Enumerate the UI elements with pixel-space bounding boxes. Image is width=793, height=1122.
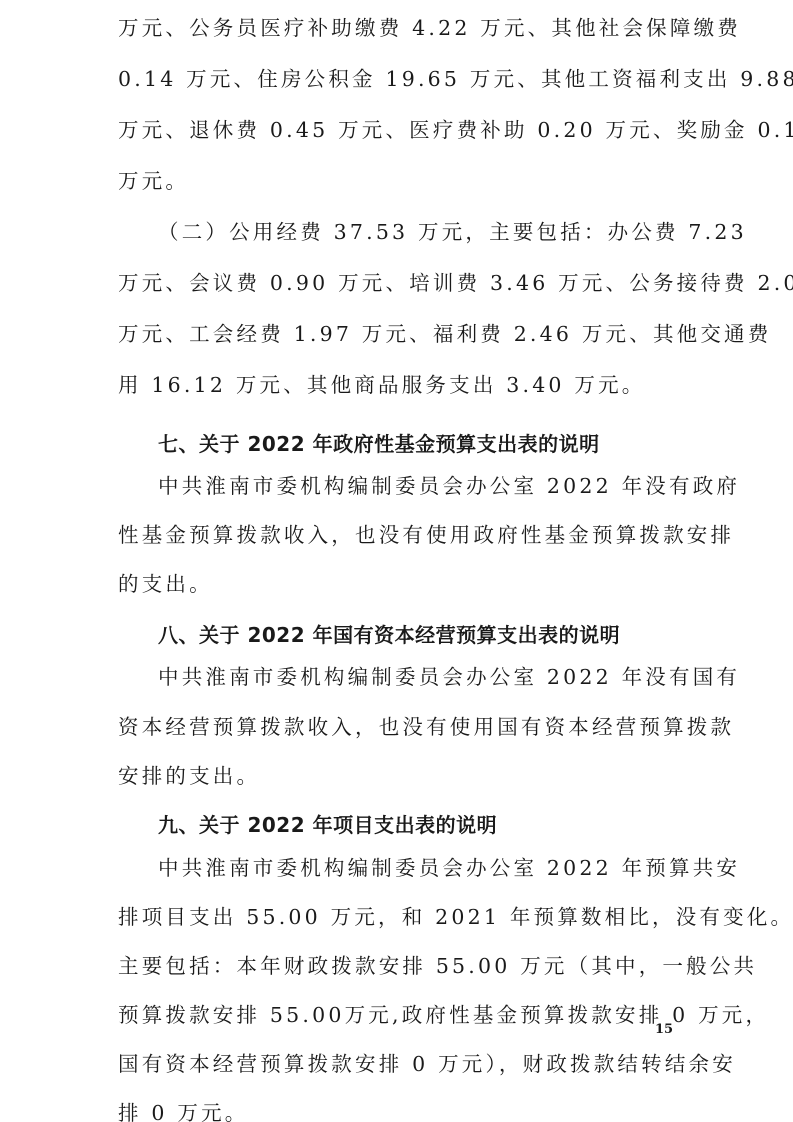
text-line: 中共淮南市委机构编制委员会办公室 2022 年没有政府 xyxy=(158,472,718,500)
text-line: 万元、工会经费 1.97 万元、福利费 2.46 万元、其他交通费 xyxy=(118,320,678,348)
text-line: 排项目支出 55.00 万元，和 2021 年预算数相比，没有变化。 xyxy=(118,903,678,931)
text-line: 资本经营预算拨款收入，也没有使用国有资本经营预算拨款 xyxy=(118,713,678,741)
text-line: 安排的支出。 xyxy=(118,762,678,790)
text-line: 性基金预算拨款收入，也没有使用政府性基金预算拨款安排 xyxy=(118,521,678,549)
text-line: 用 16.12 万元、其他商品服务支出 3.40 万元。 xyxy=(118,371,678,399)
text-line: 万元、会议费 0.90 万元、培训费 3.46 万元、公务接待费 2.00 xyxy=(118,269,678,297)
text-line: 万元、公务员医疗补助缴费 4.22 万元、其他社会保障缴费 xyxy=(118,14,678,42)
text-line: 国有资本经营预算拨款安排 0 万元），财政拨款结转结余安 xyxy=(118,1050,678,1078)
text-line: 0.14 万元、住房公积金 19.65 万元、其他工资福利支出 9.88 xyxy=(118,65,678,93)
section-heading: 七、关于 2022 年政府性基金预算支出表的说明 xyxy=(158,430,718,458)
text-line: 排 0 万元。 xyxy=(118,1099,678,1122)
text-line: 万元、退休费 0.45 万元、医疗费补助 0.20 万元、奖励金 0.16 xyxy=(118,116,678,144)
text-line: （二）公用经费 37.53 万元，主要包括：办公费 7.23 xyxy=(158,218,718,246)
text-line: 预算拨款安排 55.00万元,政府性基金预算拨款安排 0 万元， xyxy=(118,1001,678,1029)
section-heading: 八、关于 2022 年国有资本经营预算支出表的说明 xyxy=(158,621,718,649)
text-line: 万元。 xyxy=(118,167,678,195)
section-heading: 九、关于 2022 年项目支出表的说明 xyxy=(158,811,718,839)
text-line: 中共淮南市委机构编制委员会办公室 2022 年预算共安 xyxy=(158,854,718,882)
document-page: 万元、公务员医疗补助缴费 4.22 万元、其他社会保障缴费0.14 万元、住房公… xyxy=(0,0,793,1122)
text-line: 主要包括：本年财政拨款安排 55.00 万元（其中，一般公共 xyxy=(118,952,678,980)
text-line: 中共淮南市委机构编制委员会办公室 2022 年没有国有 xyxy=(158,663,718,691)
text-line: 的支出。 xyxy=(118,570,678,598)
page-number: 15 xyxy=(655,1022,673,1037)
